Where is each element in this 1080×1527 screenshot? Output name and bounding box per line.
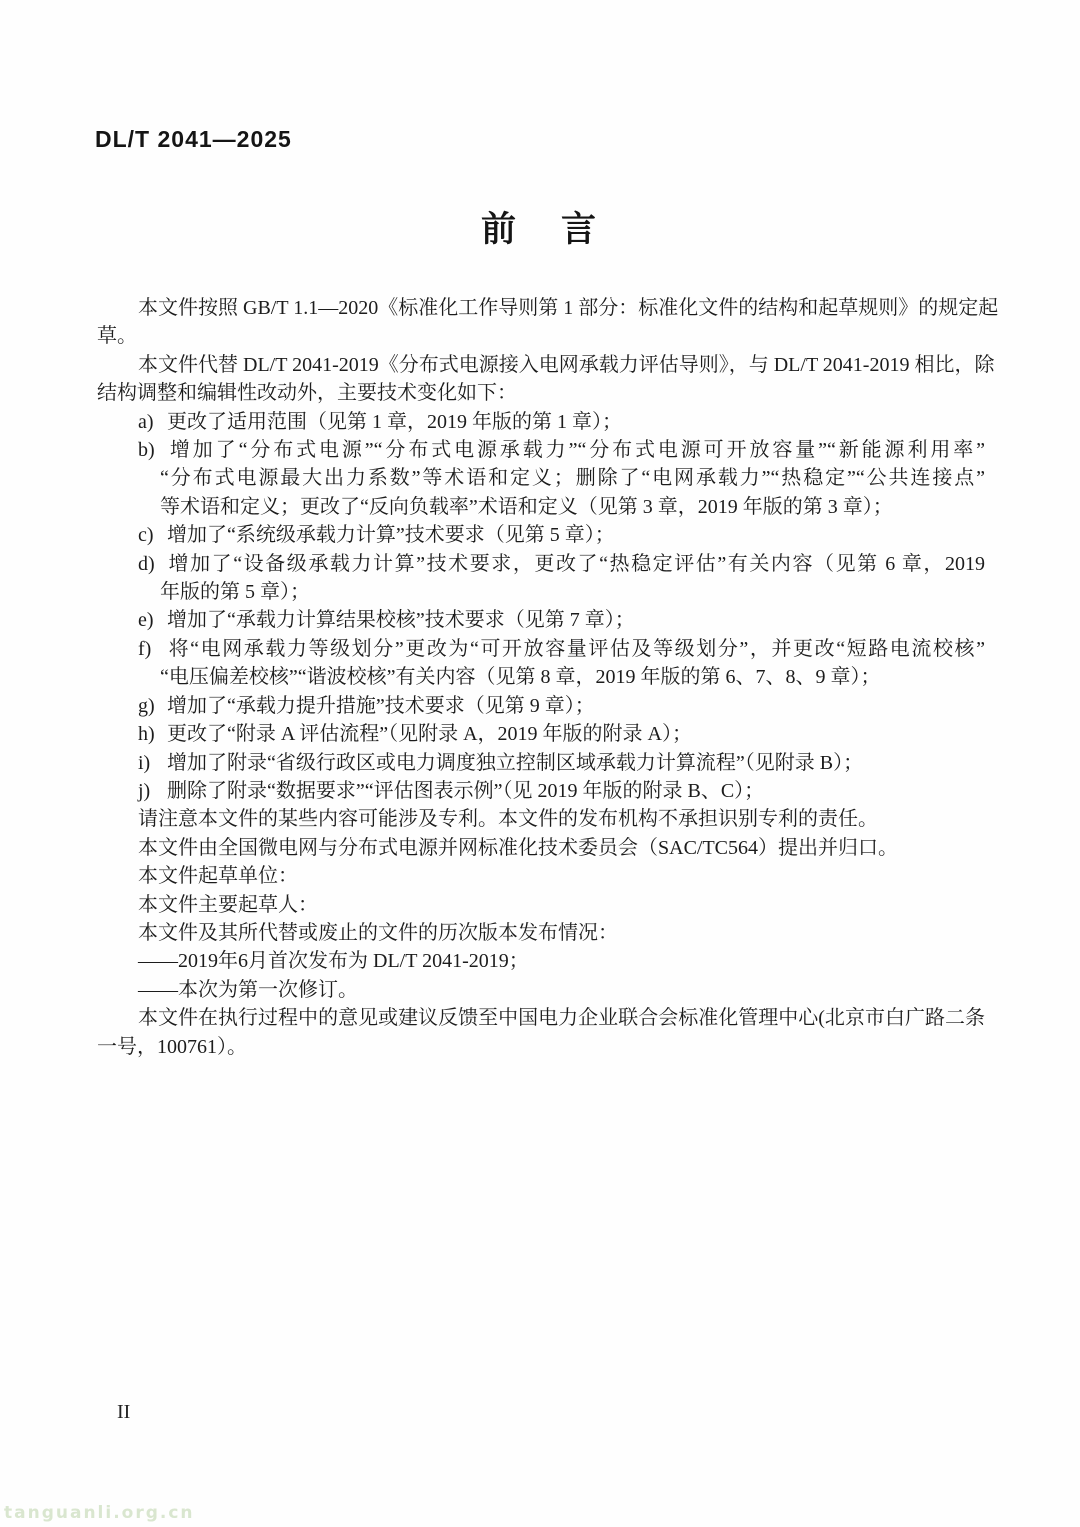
line-text: 增加了附录“省级行政区或电力调度独立控制区域承载力计算流程”（见附录 B）；	[167, 752, 863, 774]
foreword-line: ——本次为第一次修订。	[97, 976, 985, 1004]
list-item-label: a)	[138, 408, 167, 436]
line-text: ——2019年6月首次发布为 DL/T 2041-2019；	[138, 950, 529, 972]
foreword-line: h)更改了“附录 A 评估流程”（见附录 A，2019 年版的附录 A）；	[97, 720, 985, 748]
foreword-line: 本文件主要起草人：	[97, 891, 985, 919]
foreword-line: 本文件及其所代替或废止的文件的历次版本发布情况：	[97, 919, 985, 947]
list-item-label: b)	[138, 436, 167, 464]
line-text: 本文件代替 DL/T 2041-2019《分布式电源接入电网承载力评估导则》，与…	[138, 354, 994, 376]
list-item-label: f)	[138, 635, 167, 663]
line-text: 结构调整和编辑性改动外，主要技术变化如下：	[97, 382, 517, 404]
line-text: 本文件起草单位：	[138, 865, 298, 887]
foreword-line: 等术语和定义；更改了“反向负载率”术语和定义（见第 3 章，2019 年版的第 …	[97, 493, 985, 521]
line-text: 将“电网承载力等级划分”更改为“可开放容量评估及等级划分”，并更改“短路电流校核…	[167, 638, 985, 660]
line-text: 更改了“附录 A 评估流程”（见附录 A，2019 年版的附录 A）；	[167, 723, 692, 745]
list-item-label: d)	[138, 550, 167, 578]
foreword-line: f)将“电网承载力等级划分”更改为“可开放容量评估及等级划分”，并更改“短路电流…	[97, 635, 985, 663]
line-text: 更改了适用范围（见第 1 章，2019 年版的第 1 章）；	[167, 411, 622, 433]
line-text: 本文件主要起草人：	[138, 894, 318, 916]
line-text: 删除了附录“数据要求”“评估图表示例”（见 2019 年版的附录 B、C）；	[167, 780, 764, 802]
list-item-label: j)	[138, 777, 167, 805]
line-text: 等术语和定义；更改了“反向负载率”术语和定义（见第 3 章，2019 年版的第 …	[160, 496, 893, 518]
foreword-line: 本文件由全国微电网与分布式电源并网标准化技术委员会（SAC/TC564）提出并归…	[97, 834, 985, 862]
foreword-line: j)删除了附录“数据要求”“评估图表示例”（见 2019 年版的附录 B、C）；	[97, 777, 985, 805]
standard-number: DL/T 2041—2025	[95, 126, 292, 153]
line-text: 年版的第 5 章）；	[160, 581, 310, 603]
foreword-line: a)更改了适用范围（见第 1 章，2019 年版的第 1 章）；	[97, 408, 985, 436]
foreword-line: 本文件代替 DL/T 2041-2019《分布式电源接入电网承载力评估导则》，与…	[97, 351, 985, 379]
line-text: 本文件及其所代替或废止的文件的历次版本发布情况：	[138, 922, 618, 944]
foreword-line: 本文件按照 GB/T 1.1—2020《标准化工作导则第 1 部分：标准化文件的…	[97, 294, 985, 322]
foreword-line: c)增加了“系统级承载力计算”技术要求（见第 5 章）；	[97, 521, 985, 549]
foreword-line: 一号，100761）。	[97, 1033, 985, 1061]
list-item-label: e)	[138, 606, 167, 634]
line-text: 本文件按照 GB/T 1.1—2020《标准化工作导则第 1 部分：标准化文件的…	[138, 297, 998, 319]
foreword-line: 请注意本文件的某些内容可能涉及专利。本文件的发布机构不承担识别专利的责任。	[97, 805, 985, 833]
line-text: 一号，100761）。	[97, 1036, 247, 1058]
line-text: 增加了“分布式电源”“分布式电源承载力”“分布式电源可开放容量”“新能源利用率”	[167, 439, 985, 461]
foreword-line: d)增加了“设备级承载力计算”技术要求，更改了“热稳定评估”有关内容（见第 6 …	[97, 550, 985, 578]
document-page: DL/T 2041—2025 前 言 本文件按照 GB/T 1.1—2020《标…	[0, 0, 1080, 1527]
line-text: 增加了“系统级承载力计算”技术要求（见第 5 章）；	[167, 524, 615, 546]
line-text: 增加了“设备级承载力计算”技术要求，更改了“热稳定评估”有关内容（见第 6 章，…	[167, 553, 985, 575]
line-text: 请注意本文件的某些内容可能涉及专利。本文件的发布机构不承担识别专利的责任。	[138, 808, 878, 830]
line-text: 本文件由全国微电网与分布式电源并网标准化技术委员会（SAC/TC564）提出并归…	[138, 837, 898, 859]
foreword-line: e)增加了“承载力计算结果校核”技术要求（见第 7 章）；	[97, 606, 985, 634]
foreword-line: 结构调整和编辑性改动外，主要技术变化如下：	[97, 379, 985, 407]
line-text: 本文件在执行过程中的意见或建议反馈至中国电力企业联合会标准化管理中心(北京市白广…	[138, 1007, 985, 1029]
line-text: ——本次为第一次修订。	[138, 979, 358, 1001]
foreword-line: “电压偏差校核”“谐波校核”有关内容（见第 8 章，2019 年版的第 6、7、…	[97, 663, 985, 691]
foreword-line: i)增加了附录“省级行政区或电力调度独立控制区域承载力计算流程”（见附录 B）；	[97, 749, 985, 777]
foreword-line: 本文件在执行过程中的意见或建议反馈至中国电力企业联合会标准化管理中心(北京市白广…	[97, 1004, 985, 1032]
page-title: 前 言	[97, 202, 985, 252]
line-text: “电压偏差校核”“谐波校核”有关内容（见第 8 章，2019 年版的第 6、7、…	[160, 666, 881, 688]
foreword-line: 本文件起草单位：	[97, 862, 985, 890]
line-text: 增加了“承载力计算结果校核”技术要求（见第 7 章）；	[167, 609, 635, 631]
list-item-label: i)	[138, 749, 167, 777]
foreword-body: 本文件按照 GB/T 1.1—2020《标准化工作导则第 1 部分：标准化文件的…	[97, 294, 985, 1061]
list-item-label: c)	[138, 521, 167, 549]
line-text: 增加了“承载力提升措施”技术要求（见第 9 章）；	[167, 695, 595, 717]
list-item-label: h)	[138, 720, 167, 748]
foreword-line: g)增加了“承载力提升措施”技术要求（见第 9 章）；	[97, 692, 985, 720]
foreword-line: b)增加了“分布式电源”“分布式电源承载力”“分布式电源可开放容量”“新能源利用…	[97, 436, 985, 464]
line-text: “分布式电源最大出力系数”等术语和定义；删除了“电网承载力”“热稳定”“公共连接…	[160, 467, 985, 489]
watermark: tanguanli.org.cn	[4, 1503, 195, 1523]
foreword-line: 草。	[97, 322, 985, 350]
line-text: 草。	[97, 325, 137, 347]
foreword-line: “分布式电源最大出力系数”等术语和定义；删除了“电网承载力”“热稳定”“公共连接…	[97, 464, 985, 492]
foreword-line: 年版的第 5 章）；	[97, 578, 985, 606]
page-number: II	[117, 1401, 130, 1424]
list-item-label: g)	[138, 692, 167, 720]
foreword-line: ——2019年6月首次发布为 DL/T 2041-2019；	[97, 947, 985, 975]
